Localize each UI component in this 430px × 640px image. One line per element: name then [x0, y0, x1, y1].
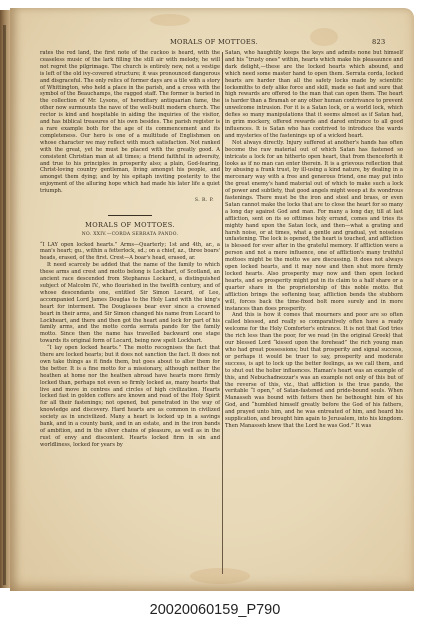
paragraph: It need scarcely be added that the name …	[40, 262, 220, 345]
paragraph: And this is how it comes that mourners a…	[225, 312, 403, 429]
running-head-title: MORALS OF MOTTOES.	[170, 38, 258, 46]
section-separator	[108, 215, 152, 216]
section-subtitle: NO. XXIV.—CORDA SERRATA PANDO.	[40, 232, 220, 239]
running-header: MORALS OF MOTTOES. 823	[10, 38, 414, 48]
paragraph: “I lay open locked hearts.” The motto re…	[40, 345, 220, 449]
author-signature: S. R. P.	[40, 198, 220, 205]
column-divider	[222, 52, 223, 574]
spine-shadow	[3, 25, 6, 585]
right-column: Satan, who haughtily keeps the keys and …	[225, 50, 403, 430]
paragraph: “I LAY open locked hearts.” Arms—Quarter…	[40, 242, 220, 263]
paragraph: Not always directly. Injury suffered at …	[225, 140, 403, 313]
section-title: MORALS OF MOTTOES.	[40, 222, 220, 229]
book-page: MORALS OF MOTTOES. 823 rates the red lan…	[10, 8, 414, 591]
image-caption: 20020060159_P790	[0, 602, 430, 618]
page-number: 823	[372, 38, 386, 46]
paragraph: rates the red land, the first note of th…	[40, 50, 220, 195]
paper-stain	[150, 14, 190, 26]
paragraph: Satan, who haughtily keeps the keys and …	[225, 50, 403, 140]
left-column: rates the red land, the first note of th…	[40, 50, 220, 449]
paper-stain	[190, 568, 250, 584]
